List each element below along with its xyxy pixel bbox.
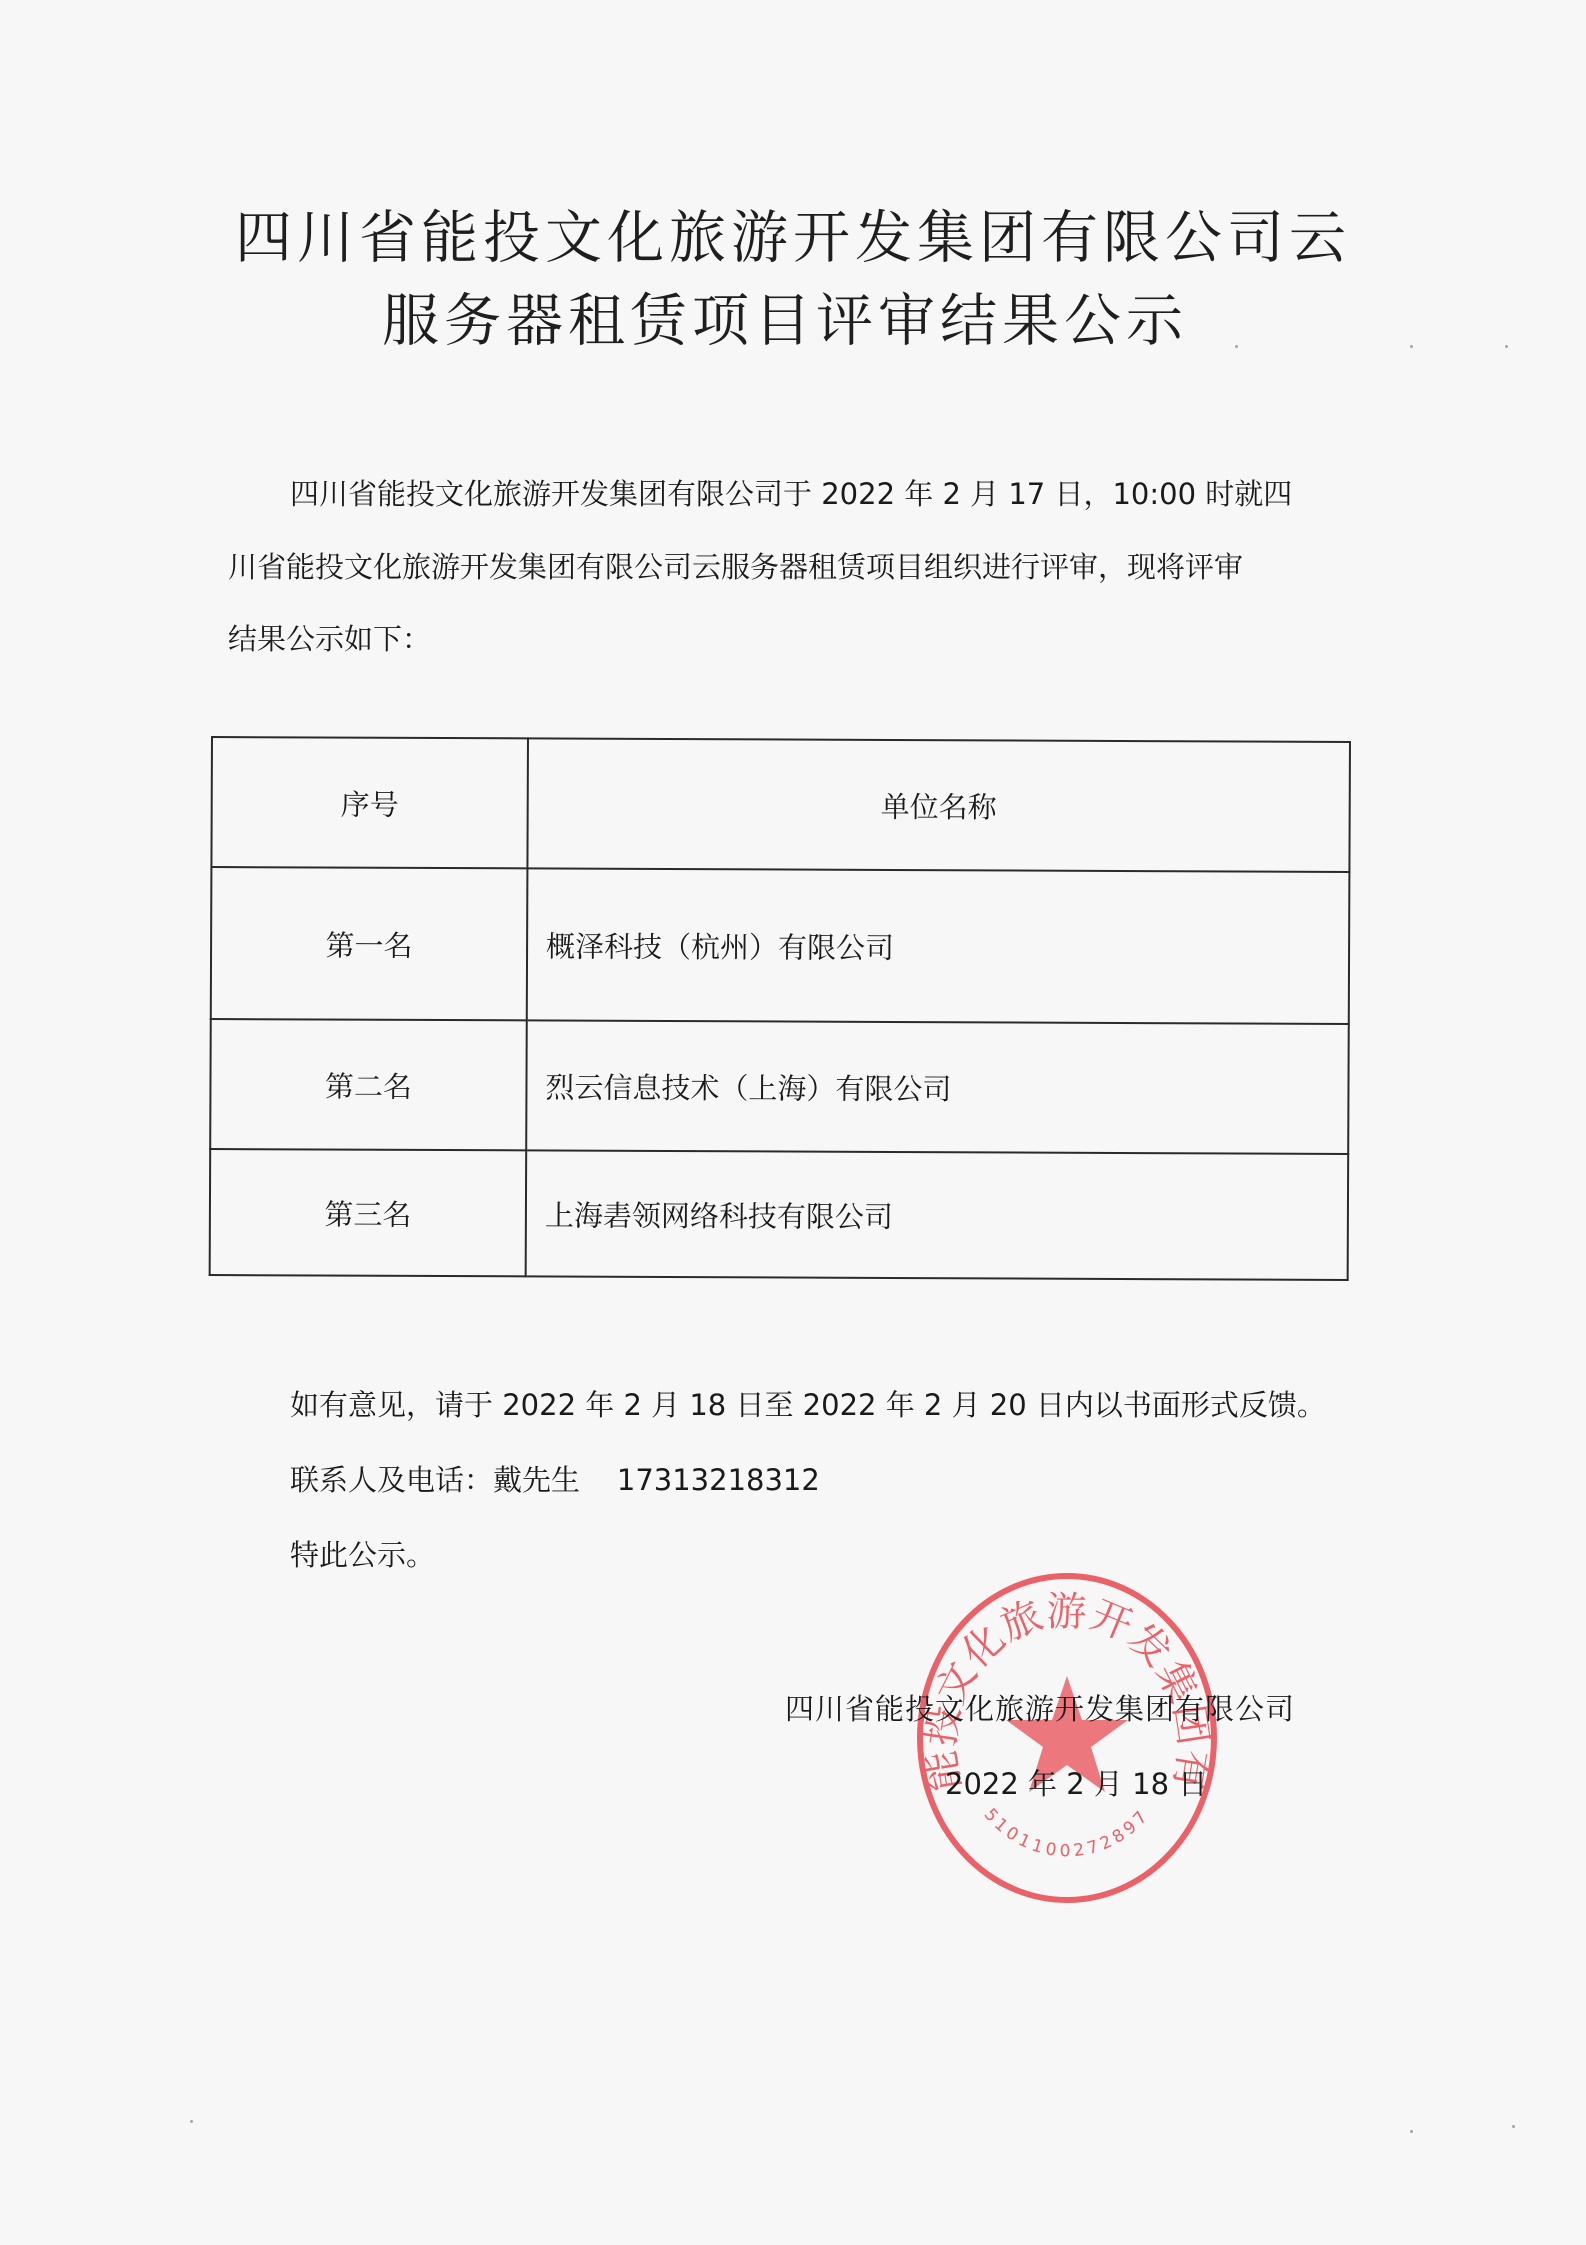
- document-title-line-1: 四川省能投文化旅游开发集团有限公司云: [0, 192, 1586, 274]
- scan-speck: [190, 2120, 193, 2123]
- table-row: 第一名 概泽科技（杭州）有限公司: [211, 867, 1350, 1024]
- company-cell: 上海砉领网络科技有限公司: [526, 1150, 1349, 1280]
- intro-line-1: 四川省能投文化旅游开发集团有限公司于 2022 年 2 月 17 日，10:00…: [290, 472, 1292, 513]
- signature-organization: 四川省能投文化旅游开发集团有限公司: [785, 1687, 1295, 1728]
- scan-speck: [1235, 345, 1238, 348]
- scan-speck: [1512, 2125, 1515, 2128]
- rank-cell: 第三名: [210, 1149, 527, 1276]
- header-company-name: 单位名称: [527, 738, 1350, 872]
- table-row: 第二名 烈云信息技术（上海）有限公司: [210, 1019, 1349, 1154]
- signature-date: 2022 年 2 月 18 日: [945, 1762, 1207, 1803]
- scan-speck: [1505, 345, 1508, 348]
- svg-text:5101100272897: 5101100272897: [980, 1805, 1154, 1862]
- scan-speck: [1410, 2130, 1413, 2133]
- company-cell: 烈云信息技术（上海）有限公司: [526, 1020, 1349, 1154]
- table-row: 第三名 上海砉领网络科技有限公司: [210, 1149, 1349, 1280]
- intro-line-2: 川省能投文化旅游开发集团有限公司云服务器租赁项目组织进行评审，现将评审: [228, 545, 1243, 586]
- official-seal-icon: 四川省能投文化旅游开发集团有限公司 5101100272897: [912, 1568, 1222, 1908]
- scan-speck: [1410, 345, 1413, 348]
- rank-cell: 第一名: [211, 867, 528, 1020]
- header-rank: 序号: [211, 737, 528, 868]
- table-header-row: 序号 单位名称: [211, 737, 1350, 872]
- document-title-line-2: 服务器租赁项目评审结果公示: [0, 275, 1578, 357]
- rank-cell: 第二名: [210, 1019, 527, 1150]
- svg-text:四川省能投文化旅游开发集团有限公司: 四川省能投文化旅游开发集团有限公司: [912, 1568, 1216, 1794]
- review-result-table: 序号 单位名称 第一名 概泽科技（杭州）有限公司 第二名 烈云信息技术（上海）有…: [209, 736, 1351, 1281]
- company-cell: 概泽科技（杭州）有限公司: [527, 868, 1350, 1024]
- feedback-line: 如有意见，请于 2022 年 2 月 18 日至 2022 年 2 月 20 日…: [290, 1383, 1326, 1424]
- contact-line: 联系人及电话：戴先生 17313218312: [290, 1458, 820, 1499]
- closing-line: 特此公示。: [290, 1533, 435, 1574]
- intro-line-3: 结果公示如下：: [228, 617, 431, 658]
